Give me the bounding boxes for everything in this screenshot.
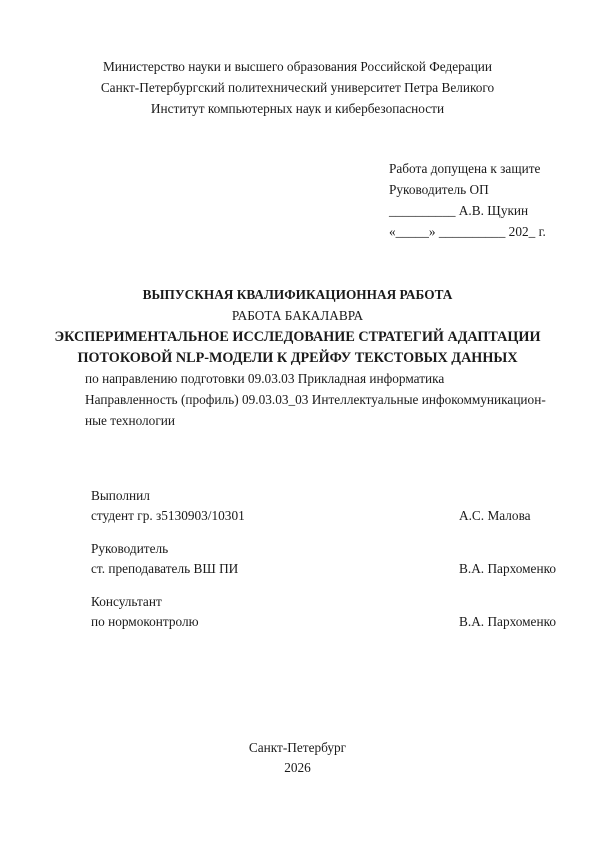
study-direction: по направлению подготовки 09.03.03 Прикл… [85, 371, 444, 387]
study-profile-line-2: ные технологии [85, 413, 175, 429]
degree-level: РАБОТА БАКАЛАВРА [0, 308, 595, 324]
year: 2026 [0, 760, 595, 776]
study-profile-line-1: Направленность (профиль) 09.03.03_03 Инт… [85, 392, 546, 408]
institute-name: Институт компьютерных наук и кибербезопа… [0, 101, 595, 117]
city: Санкт-Петербург [0, 740, 595, 756]
signature-role: Выполнил [91, 488, 150, 504]
signature-detail: ст. преподаватель ВШ ПИ [91, 561, 238, 577]
approval-date: «_____» __________ 202_ г. [389, 224, 546, 240]
signature-name: А.С. Малова [459, 508, 531, 524]
approval-role: Руководитель ОП [389, 182, 489, 198]
signature-detail: по нормоконтролю [91, 614, 199, 630]
signature-name: В.А. Пархоменко [459, 614, 556, 630]
approval-signature: __________ А.В. Щукин [389, 203, 528, 219]
university-name: Санкт-Петербургский политехнический унив… [0, 80, 595, 96]
work-type: ВЫПУСКНАЯ КВАЛИФИКАЦИОННАЯ РАБОТА [0, 287, 595, 303]
signature-role: Консультант [91, 594, 162, 610]
signature-detail: студент гр. з5130903/10301 [91, 508, 245, 524]
signature-role: Руководитель [91, 541, 168, 557]
topic-title-line-2: ПОТОКОВОЙ NLP-МОДЕЛИ К ДРЕЙФУ ТЕКСТОВЫХ … [0, 350, 595, 367]
ministry-name: Министерство науки и высшего образования… [0, 59, 595, 75]
signature-name: В.А. Пархоменко [459, 561, 556, 577]
topic-title-line-1: ЭКСПЕРИМЕНТАЛЬНОЕ ИССЛЕДОВАНИЕ СТРАТЕГИЙ… [0, 329, 595, 346]
approval-statement: Работа допущена к защите [389, 161, 540, 177]
